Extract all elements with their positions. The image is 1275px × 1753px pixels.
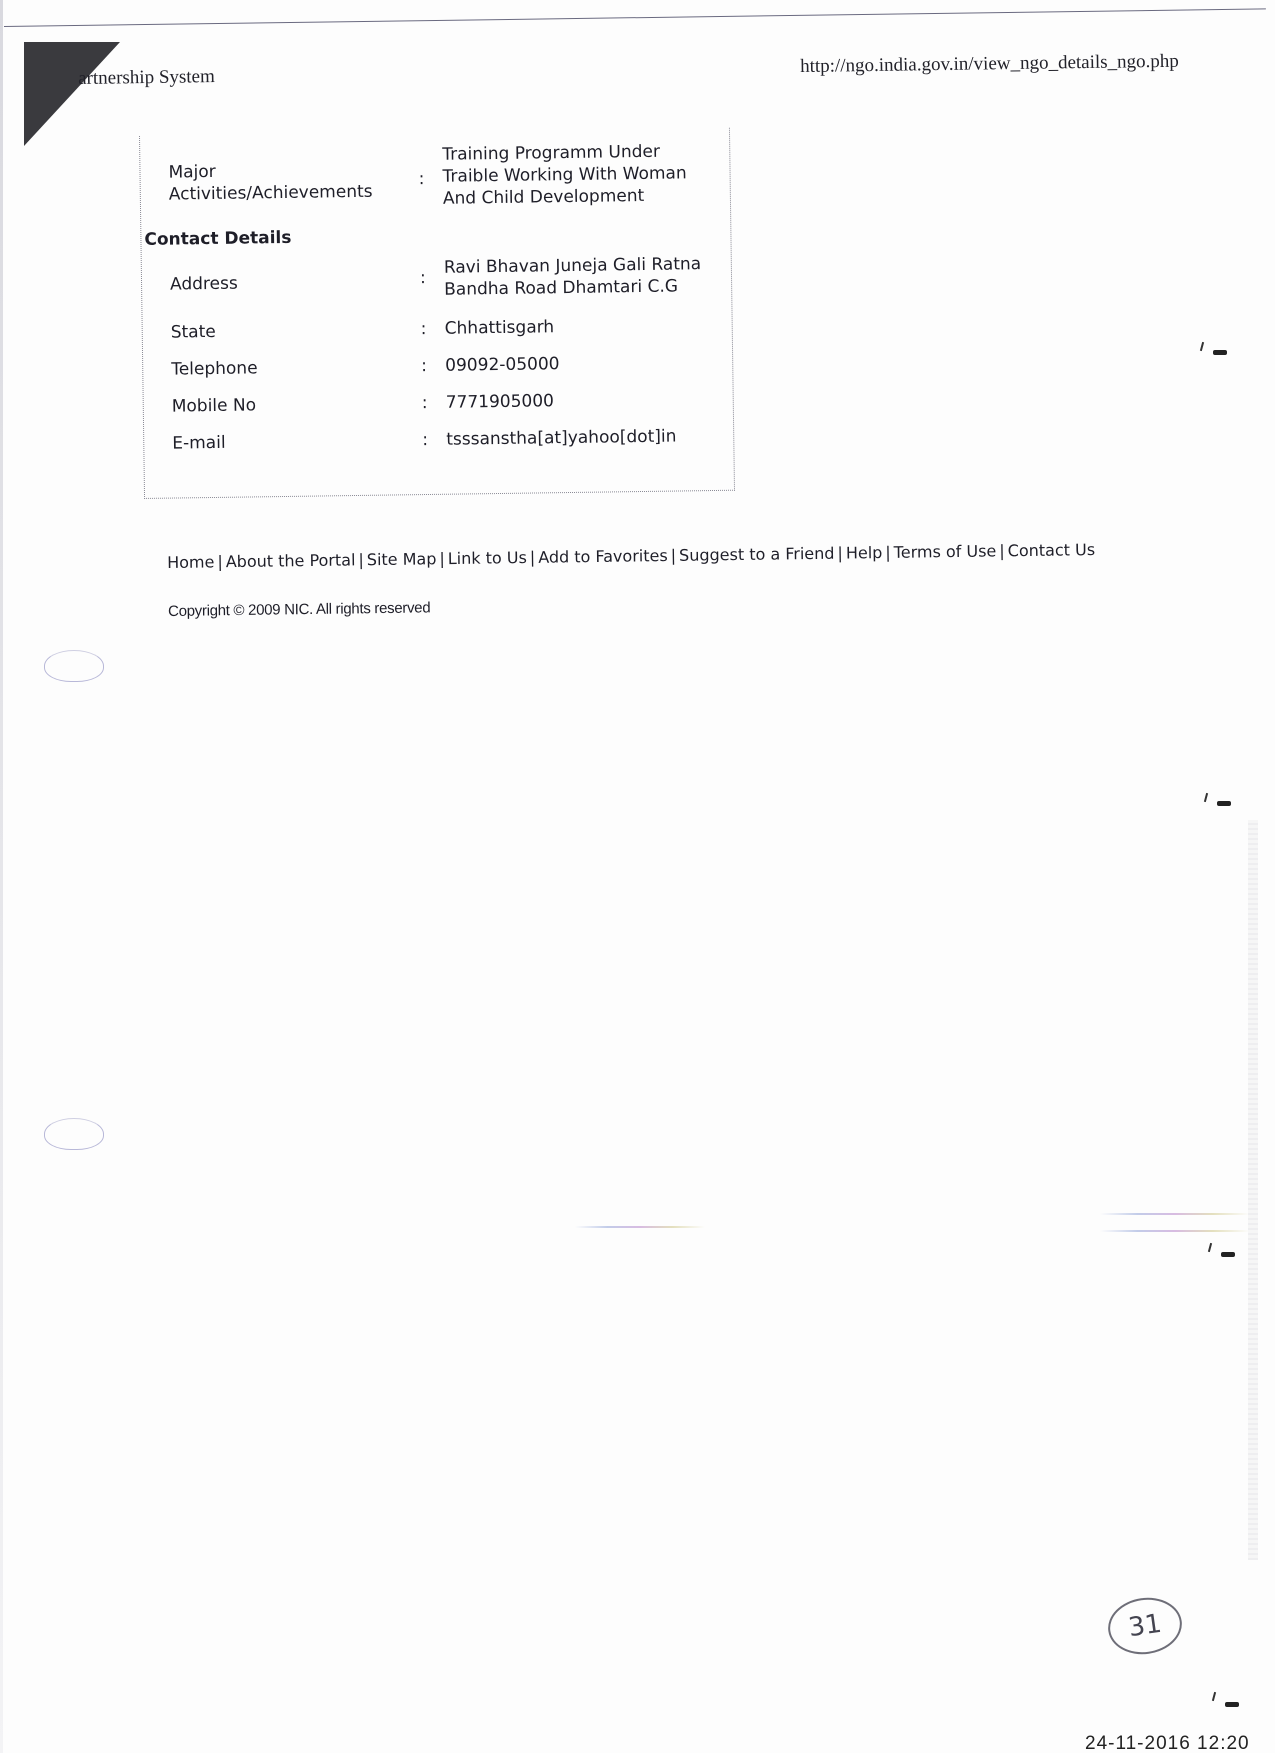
footer-separator: | [882, 543, 894, 562]
detail-value: 09092-05000 [445, 351, 725, 377]
footer-separator: | [834, 544, 846, 563]
scan-artifact [1100, 1230, 1250, 1232]
detail-label: Address [170, 273, 238, 296]
detail-colon: : [421, 318, 427, 340]
scan-artifact [1100, 1213, 1250, 1215]
footer-link-add-favorites[interactable]: Add to Favorites [538, 546, 668, 567]
footer-link-about[interactable]: About the Portal [226, 550, 356, 571]
footer-link-contact[interactable]: Contact Us [1008, 540, 1096, 560]
detail-colon: : [420, 267, 426, 289]
footer-separator: | [355, 550, 367, 569]
footer-link-link-to-us[interactable]: Link to Us [448, 548, 527, 568]
page-url: http://ngo.india.gov.in/view_ngo_details… [800, 51, 1179, 78]
detail-colon: : [418, 168, 424, 190]
detail-row-major-activities: Major Activities/Achievements : Training… [140, 140, 729, 148]
contact-details-heading: Contact Details [144, 228, 291, 250]
print-timestamp: 24-11-2016 12:20 [1085, 1733, 1250, 1753]
detail-value: 7771905000 [446, 388, 726, 414]
footer-link-terms[interactable]: Terms of Use [894, 541, 997, 561]
footer-link-site-map[interactable]: Site Map [367, 549, 437, 569]
margin-mark [1200, 342, 1204, 351]
scan-artifact [575, 1226, 705, 1228]
detail-label-line: Activities/Achievements [169, 182, 373, 205]
detail-label: State [171, 321, 216, 344]
detail-label-line: Major [168, 162, 215, 183]
handwritten-page-number: 31 [1104, 1593, 1185, 1659]
detail-value-line: Bandha Road Dhamtari C.G [444, 276, 678, 299]
logo-corner-graphic [24, 42, 120, 146]
scan-edge-noise [1248, 820, 1258, 1560]
margin-mark [1225, 1702, 1239, 1707]
detail-colon: : [421, 355, 427, 377]
margin-mark [1204, 793, 1208, 802]
detail-colon: : [422, 429, 428, 451]
detail-value: tsssanstha[at]yahoo[dot]in [446, 425, 726, 451]
ngo-details-box: Major Activities/Achievements : Training… [139, 128, 735, 499]
copyright-notice: Copyright © 2009 NIC. All rights reserve… [168, 599, 430, 620]
detail-value: Ravi Bhavan Juneja Gali Ratna Bandha Roa… [444, 253, 725, 301]
detail-value-line: And Child Development [443, 186, 645, 209]
detail-value-line: Training Programm Under [442, 142, 660, 165]
footer-link-help[interactable]: Help [846, 543, 883, 563]
footer-link-home[interactable]: Home [167, 552, 215, 572]
detail-row-state: State : Chhattisgarh [143, 314, 732, 322]
punch-hole-mark [44, 1118, 104, 1150]
detail-row-address: Address : Ravi Bhavan Juneja Gali Ratna … [142, 253, 731, 261]
margin-mark [1213, 350, 1227, 355]
detail-label: Mobile No [172, 394, 257, 417]
detail-row-telephone: Telephone : 09092-05000 [143, 351, 732, 359]
margin-mark [1221, 1252, 1235, 1257]
footer-nav: Home|About the Portal|Site Map|Link to U… [167, 540, 1095, 572]
footer-separator: | [214, 552, 226, 571]
footer-separator: | [436, 549, 448, 568]
detail-label: Telephone [171, 357, 258, 380]
footer-separator: | [527, 548, 539, 567]
detail-value-line: Ravi Bhavan Juneja Gali Ratna [444, 254, 702, 278]
scan-top-edge-line [4, 8, 1266, 27]
margin-mark [1212, 1692, 1216, 1701]
footer-separator: | [668, 546, 680, 565]
detail-label: Major Activities/Achievements [168, 159, 372, 206]
site-title: artnership System [78, 66, 215, 90]
detail-row-email: E-mail : tsssanstha[at]yahoo[dot]in [144, 425, 733, 433]
detail-value: Training Programm Under Traible Working … [442, 140, 723, 210]
detail-row-mobile: Mobile No : 7771905000 [144, 388, 733, 396]
footer-link-suggest-friend[interactable]: Suggest to a Friend [679, 544, 835, 565]
detail-value: Chhattisgarh [445, 314, 725, 340]
detail-label: E-mail [172, 432, 226, 455]
scan-page-edge [0, 0, 3, 1753]
margin-mark [1217, 801, 1231, 806]
margin-mark [1208, 1243, 1212, 1252]
detail-colon: : [422, 392, 428, 414]
punch-hole-mark [44, 650, 104, 682]
footer-separator: | [996, 541, 1008, 560]
detail-value-line: Traible Working With Woman [442, 163, 686, 186]
